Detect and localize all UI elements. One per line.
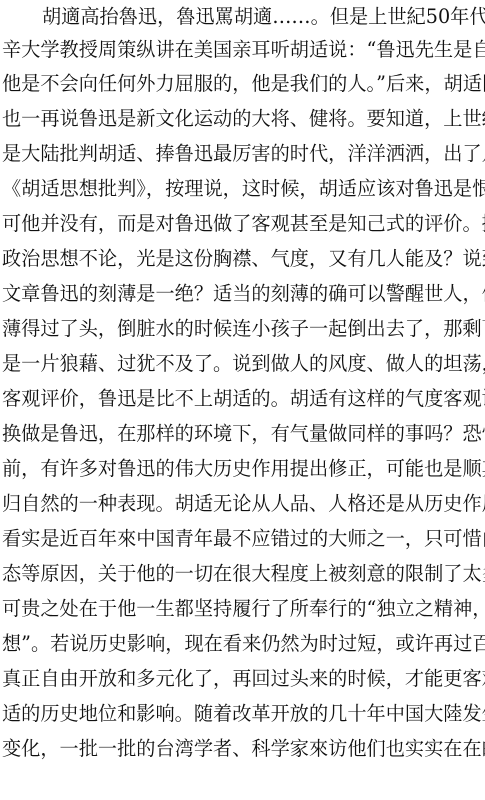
text-line: 适的历史地位和影响。随着改革开放的几十年中国大陸发生了巨大的 bbox=[2, 699, 483, 729]
text-line: 胡適高抬魯迅，魯迅罵胡適……。但是上世紀50年代，威斯康 bbox=[42, 2, 483, 32]
text-line: 可贵之处在于他一生都坚持履行了所奉行的“独立之精神，自由之思 bbox=[2, 594, 483, 624]
text-line: 前，有许多对鲁迅的伟大历史作用提出修正，可能也是顺其自然、回 bbox=[2, 454, 483, 484]
text-line: 看实是近百年來中国青年最不应错过的大师之一，只可惜由于意识形 bbox=[2, 524, 483, 554]
text-line: 文章鲁迅的刻薄是一绝？适当的刻薄的确可以警醒世人，但是如果刻 bbox=[2, 279, 483, 309]
text-line: 态等原因，关于他的一切在很大程度上被刻意的限制了太多。胡适最 bbox=[2, 559, 483, 589]
text-line: 政治思想不论，光是这份胸襟、气度，又有几人能及？说到做人、写 bbox=[2, 244, 483, 274]
text-line: 《胡适思想批判》，按理说，这时候，胡适应该对鲁迅是恨之入骨， bbox=[2, 174, 483, 204]
text-line: 可他并没有，而是对鲁迅做了客观甚至是知己式的评价。抛开学术、 bbox=[2, 209, 483, 239]
text-line: 他是不会向任何外力屈服的，他是我们的人。”后来，胡适回到台湾， bbox=[2, 69, 483, 99]
text-line: 也一再说鲁迅是新文化运动的大将、健将。要知道，上世纪50年代 bbox=[2, 104, 483, 134]
text-line: 换做是鲁迅，在那样的环境下，有气量做同样的事吗？恐怕未必。目 bbox=[2, 419, 483, 449]
text-line: 归自然的一种表现。胡适无论从人品、人格还是从历史作用、地位來 bbox=[2, 489, 483, 519]
text-line: 变化，一批一批的台湾学者、科学家來访他们也实实在在的感受到了。 bbox=[2, 734, 483, 764]
text-line: 想”。若说历史影响，现在看来仍然为时过短，或许再过百年，中国 bbox=[2, 629, 483, 659]
text-line: 是一片狼藉、过犹不及了。说到做人的风度、做人的坦荡，对事物的 bbox=[2, 349, 483, 379]
document-page: 胡適高抬魯迅，魯迅罵胡適……。但是上世紀50年代，威斯康 辛大学教授周策纵讲在美… bbox=[0, 0, 485, 800]
text-line: 真正自由开放和多元化了，再回过头来的时候，才能更客观的评价胡 bbox=[2, 664, 483, 694]
text-line: 是大陆批判胡适、捧鲁迅最厉害的时代，洋洋洒洒，出了几百万字的 bbox=[2, 139, 483, 169]
text-line: 薄得过了头，倒脏水的时候连小孩子一起倒出去了，那剩下的就只能 bbox=[2, 314, 483, 344]
text-line: 辛大学教授周策纵讲在美国亲耳听胡适说：“鲁迅先生是自由主义者， bbox=[2, 35, 483, 65]
text-line: 客观评价，鲁迅是比不上胡适的。胡适有这样的气度客观评价鲁迅， bbox=[2, 384, 483, 414]
